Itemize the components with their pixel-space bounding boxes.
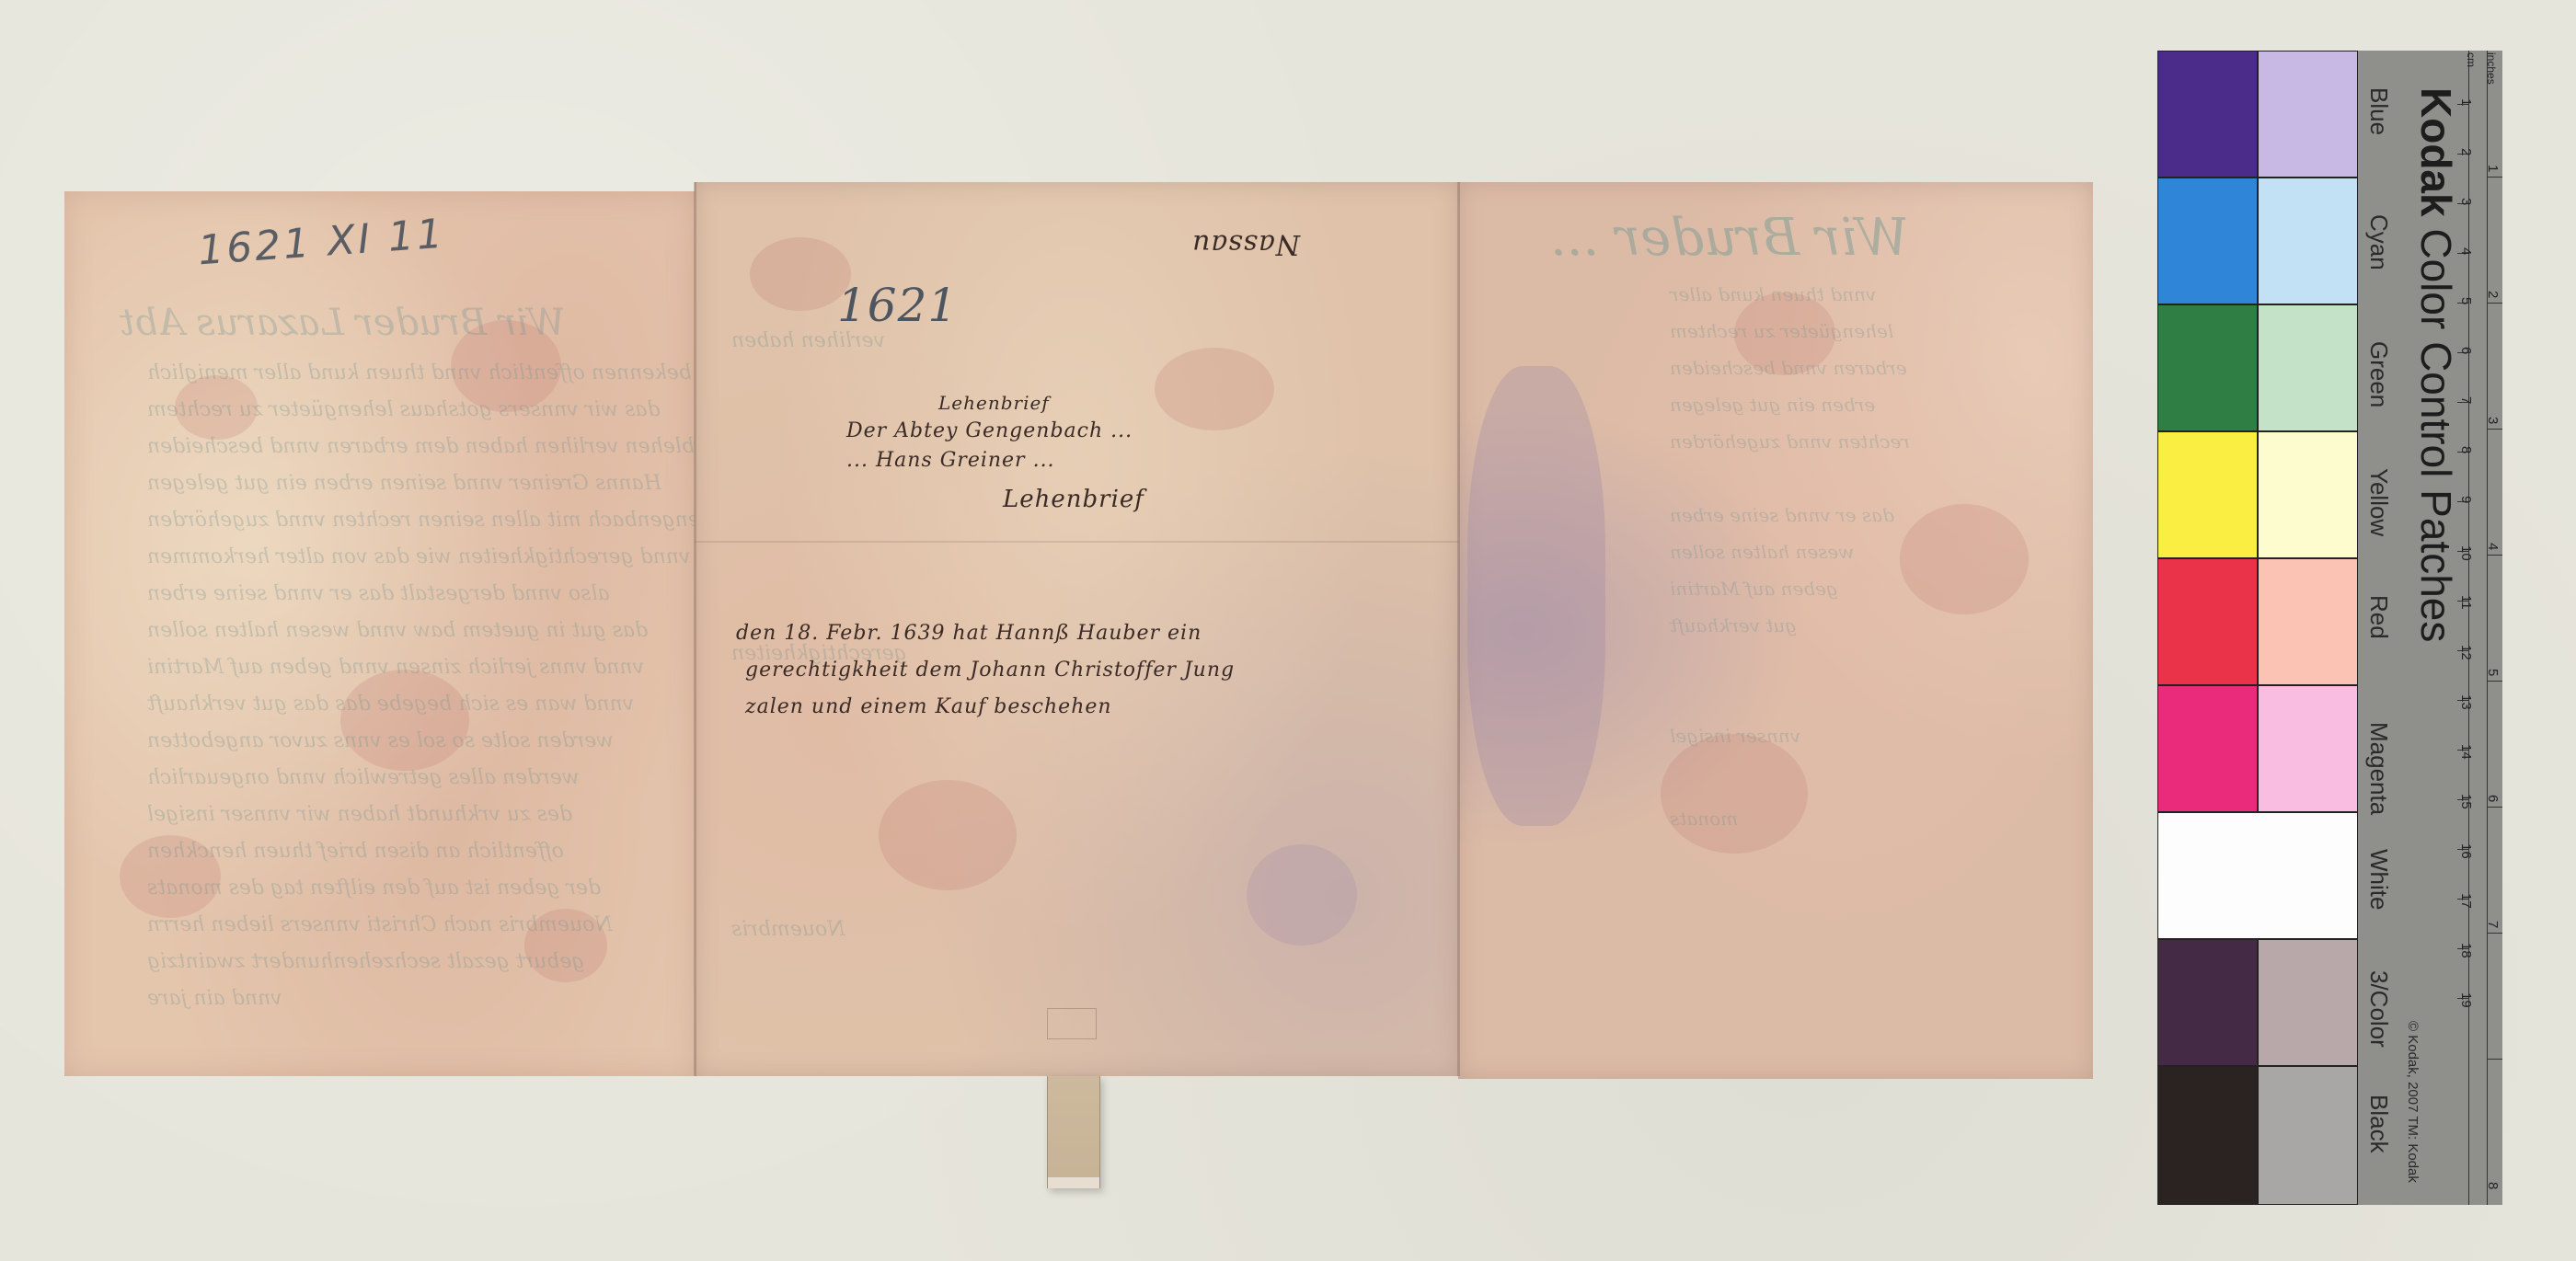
ink-nassau-annotation: Nassau: [1191, 228, 1300, 260]
seal-strap: [1047, 1076, 1100, 1188]
patch-3color-dark: [2157, 939, 2258, 1066]
label-yellow: Yellow: [2364, 468, 2393, 536]
patch-blue-dark: [2157, 51, 2258, 178]
center-fold-panel: verlihen haben gerechtigkheiten Nouembri…: [695, 182, 1458, 1076]
parchment-document: Wir Bruder Lazarus Abt bekennen offentli…: [64, 182, 2093, 1076]
patch-yellow-dark: [2157, 431, 2258, 558]
patch-3color-light: [2258, 939, 2358, 1066]
label-3color: 3/Color: [2364, 970, 2393, 1048]
patch-yellow-light: [2258, 431, 2358, 558]
vertical-fold-line: [1457, 182, 1460, 1076]
patch-red-light: [2258, 558, 2358, 685]
patch-red-dark: [2157, 558, 2258, 685]
patch-cyan-dark: [2157, 178, 2258, 304]
label-blue: Blue: [2364, 87, 2393, 135]
kodak-copyright: © Kodak, 2007 TM: Kodak: [2405, 1021, 2421, 1183]
patch-magenta-light: [2258, 685, 2358, 812]
label-green: Green: [2364, 341, 2393, 407]
label-red: Red: [2364, 595, 2393, 639]
right-fold-panel: Wir Bruder ... vnnd thuen kund aller leh…: [1458, 182, 2093, 1079]
show-through-heading: Wir Bruder ...: [1550, 208, 1909, 268]
label-black: Black: [2364, 1095, 2393, 1153]
gray-ruler-strip: Kodak Color Control Patches Blue Cyan Gr…: [2358, 51, 2502, 1205]
color-patches: [2157, 51, 2358, 1205]
patch-green-light: [2258, 304, 2358, 431]
archive-signature: 1621 XI 11: [197, 211, 447, 275]
left-fold-panel: Wir Bruder Lazarus Abt bekennen offentli…: [64, 191, 695, 1076]
kodak-color-card: Kodak Color Control Patches Blue Cyan Gr…: [2157, 51, 2502, 1205]
ink-year-number: 1621: [837, 279, 958, 332]
vertical-fold-line: [694, 182, 696, 1076]
label-cyan: Cyan: [2364, 214, 2393, 270]
patch-black-light: [2258, 1066, 2358, 1205]
horizontal-fold-line: [695, 541, 1458, 543]
patch-black-dark: [2157, 1066, 2258, 1205]
label-white: White: [2364, 849, 2393, 910]
ruler: cm inches 1 2 3 4 5 6: [2457, 51, 2502, 1205]
kodak-title: Kodak Color Control Patches: [2411, 87, 2461, 642]
patch-magenta-dark: [2157, 685, 2258, 812]
patch-blue-light: [2258, 51, 2358, 178]
patch-green-dark: [2157, 304, 2258, 431]
patch-cyan-light: [2258, 178, 2358, 304]
patch-white: [2157, 812, 2358, 939]
seal-strap-slot: [1047, 1008, 1097, 1039]
label-magenta: Magenta: [2364, 722, 2393, 815]
